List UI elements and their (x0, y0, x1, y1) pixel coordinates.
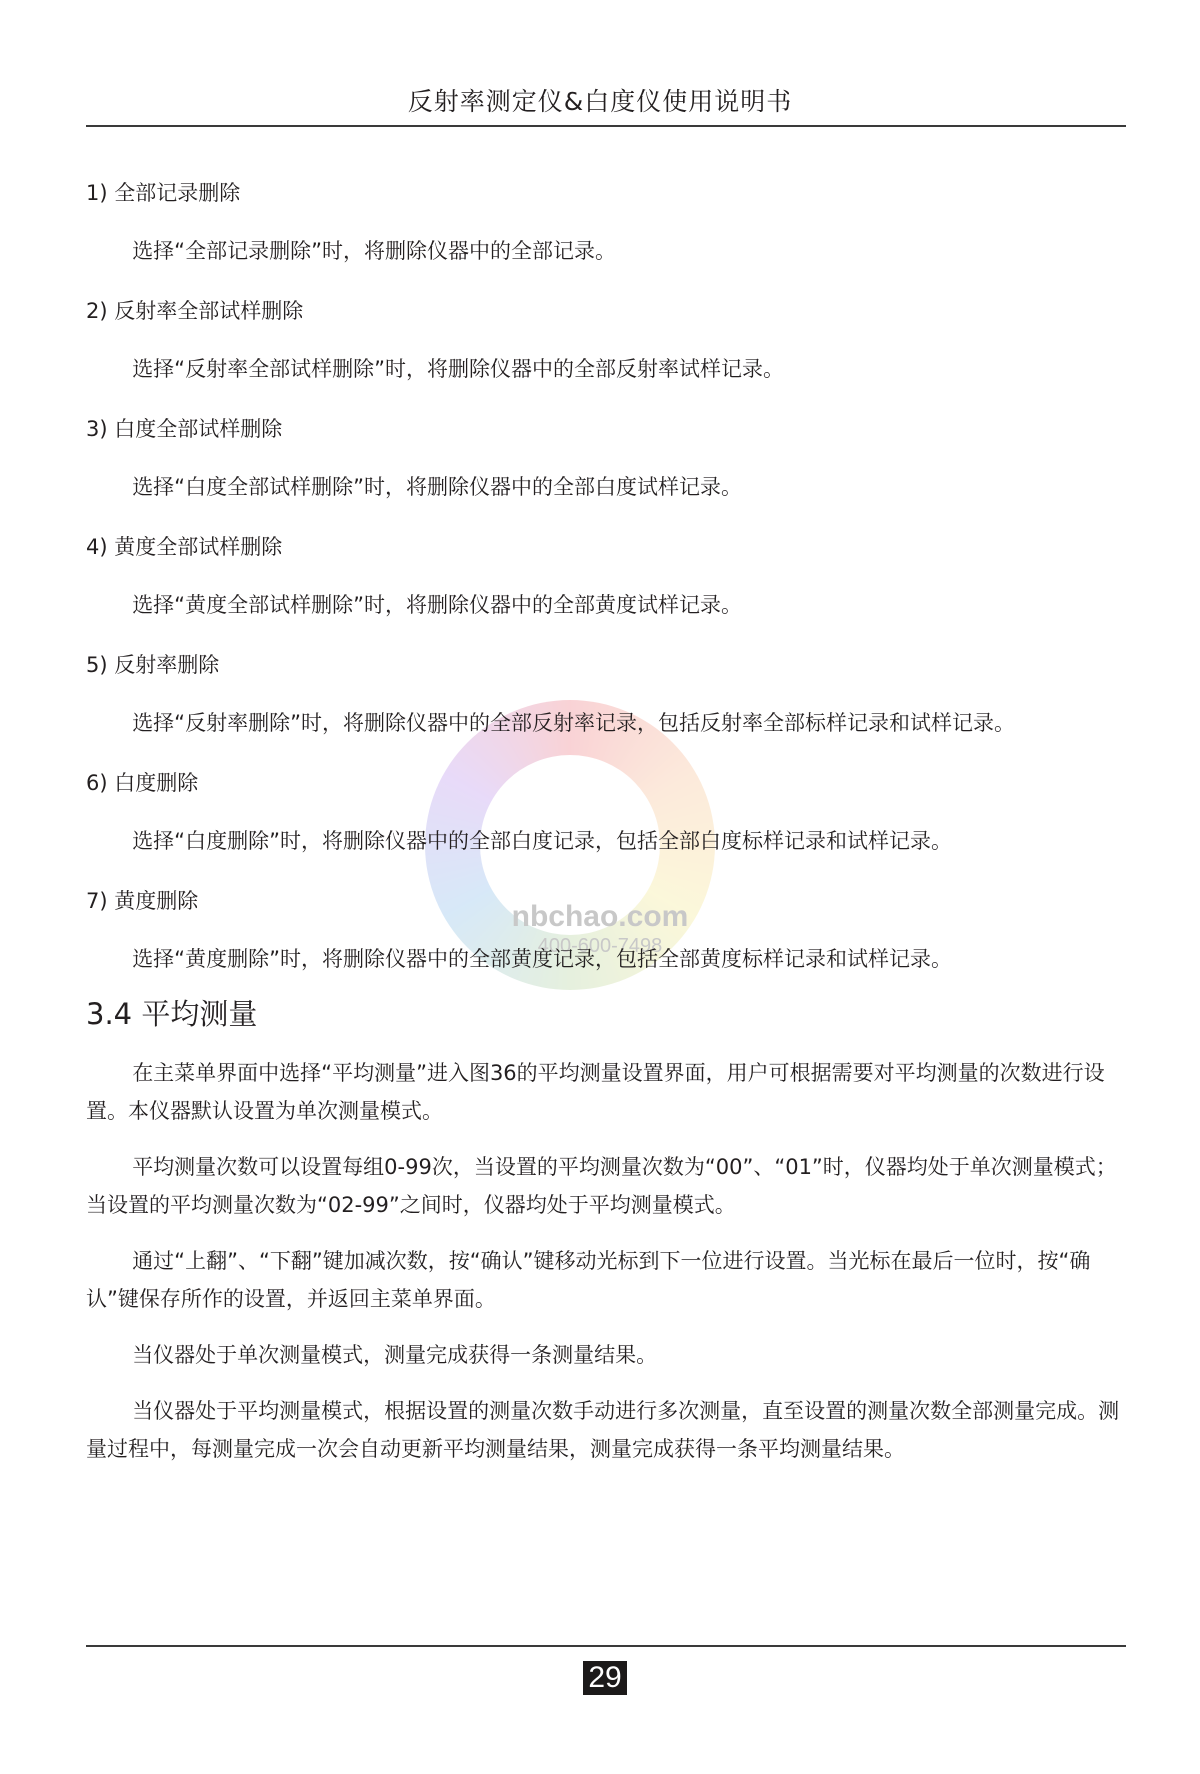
page-content: 1) 全部记录删除 选择“全部记录删除”时，将删除仪器中的全部记录。 2) 反射… (86, 178, 1126, 1486)
item-body: 选择“反射率删除”时，将删除仪器中的全部反射率记录，包括反射率全部标样记录和试样… (86, 708, 1126, 738)
item-body: 选择“反射率全部试样删除”时，将删除仪器中的全部反射率试样记录。 (86, 354, 1126, 384)
section-title: 3.4 平均测量 (86, 994, 1126, 1034)
section-average-measurement: 3.4 平均测量 在主菜单界面中选择“平均测量”进入图36的平均测量设置界面，用… (86, 994, 1126, 1468)
item-title: 7) 黄度删除 (86, 886, 1126, 916)
item-title: 4) 黄度全部试样删除 (86, 532, 1126, 562)
item-body: 选择“黄度删除”时，将删除仪器中的全部黄度记录，包括全部黄度标样记录和试样记录。 (86, 944, 1126, 974)
item-body: 选择“黄度全部试样删除”时，将删除仪器中的全部黄度试样记录。 (86, 590, 1126, 620)
item-title: 2) 反射率全部试样删除 (86, 296, 1126, 326)
list-item: 6) 白度删除 选择“白度删除”时，将删除仪器中的全部白度记录，包括全部白度标样… (86, 768, 1126, 856)
page-number: 29 (583, 1661, 627, 1695)
list-item: 2) 反射率全部试样删除 选择“反射率全部试样删除”时，将删除仪器中的全部反射率… (86, 296, 1126, 384)
item-body: 选择“全部记录删除”时，将删除仪器中的全部记录。 (86, 236, 1126, 266)
item-title: 3) 白度全部试样删除 (86, 414, 1126, 444)
list-item: 4) 黄度全部试样删除 选择“黄度全部试样删除”时，将删除仪器中的全部黄度试样记… (86, 532, 1126, 620)
item-body: 选择“白度全部试样删除”时，将删除仪器中的全部白度试样记录。 (86, 472, 1126, 502)
list-item: 3) 白度全部试样删除 选择“白度全部试样删除”时，将删除仪器中的全部白度试样记… (86, 414, 1126, 502)
list-item: 1) 全部记录删除 选择“全部记录删除”时，将删除仪器中的全部记录。 (86, 178, 1126, 266)
paragraph: 通过“上翻”、“下翻”键加减次数，按“确认”键移动光标到下一位进行设置。当光标在… (86, 1242, 1126, 1318)
item-title: 5) 反射率删除 (86, 650, 1126, 680)
header-divider (86, 125, 1126, 127)
item-body: 选择“白度删除”时，将删除仪器中的全部白度记录，包括全部白度标样记录和试样记录。 (86, 826, 1126, 856)
paragraph: 当仪器处于单次测量模式，测量完成获得一条测量结果。 (86, 1336, 1126, 1374)
list-item: 5) 反射率删除 选择“反射率删除”时，将删除仪器中的全部反射率记录，包括反射率… (86, 650, 1126, 738)
item-title: 6) 白度删除 (86, 768, 1126, 798)
document-header-title: 反射率测定仪&白度仪使用说明书 (0, 82, 1200, 118)
delete-options-list: 1) 全部记录删除 选择“全部记录删除”时，将删除仪器中的全部记录。 2) 反射… (86, 178, 1126, 974)
list-item: 7) 黄度删除 选择“黄度删除”时，将删除仪器中的全部黄度记录，包括全部黄度标样… (86, 886, 1126, 974)
paragraph: 平均测量次数可以设置每组0-99次，当设置的平均测量次数为“00”、“01”时，… (86, 1148, 1126, 1224)
paragraph: 当仪器处于平均测量模式，根据设置的测量次数手动进行多次测量，直至设置的测量次数全… (86, 1392, 1126, 1468)
item-title: 1) 全部记录删除 (86, 178, 1126, 208)
paragraph: 在主菜单界面中选择“平均测量”进入图36的平均测量设置界面，用户可根据需要对平均… (86, 1054, 1126, 1130)
footer-divider (86, 1645, 1126, 1647)
